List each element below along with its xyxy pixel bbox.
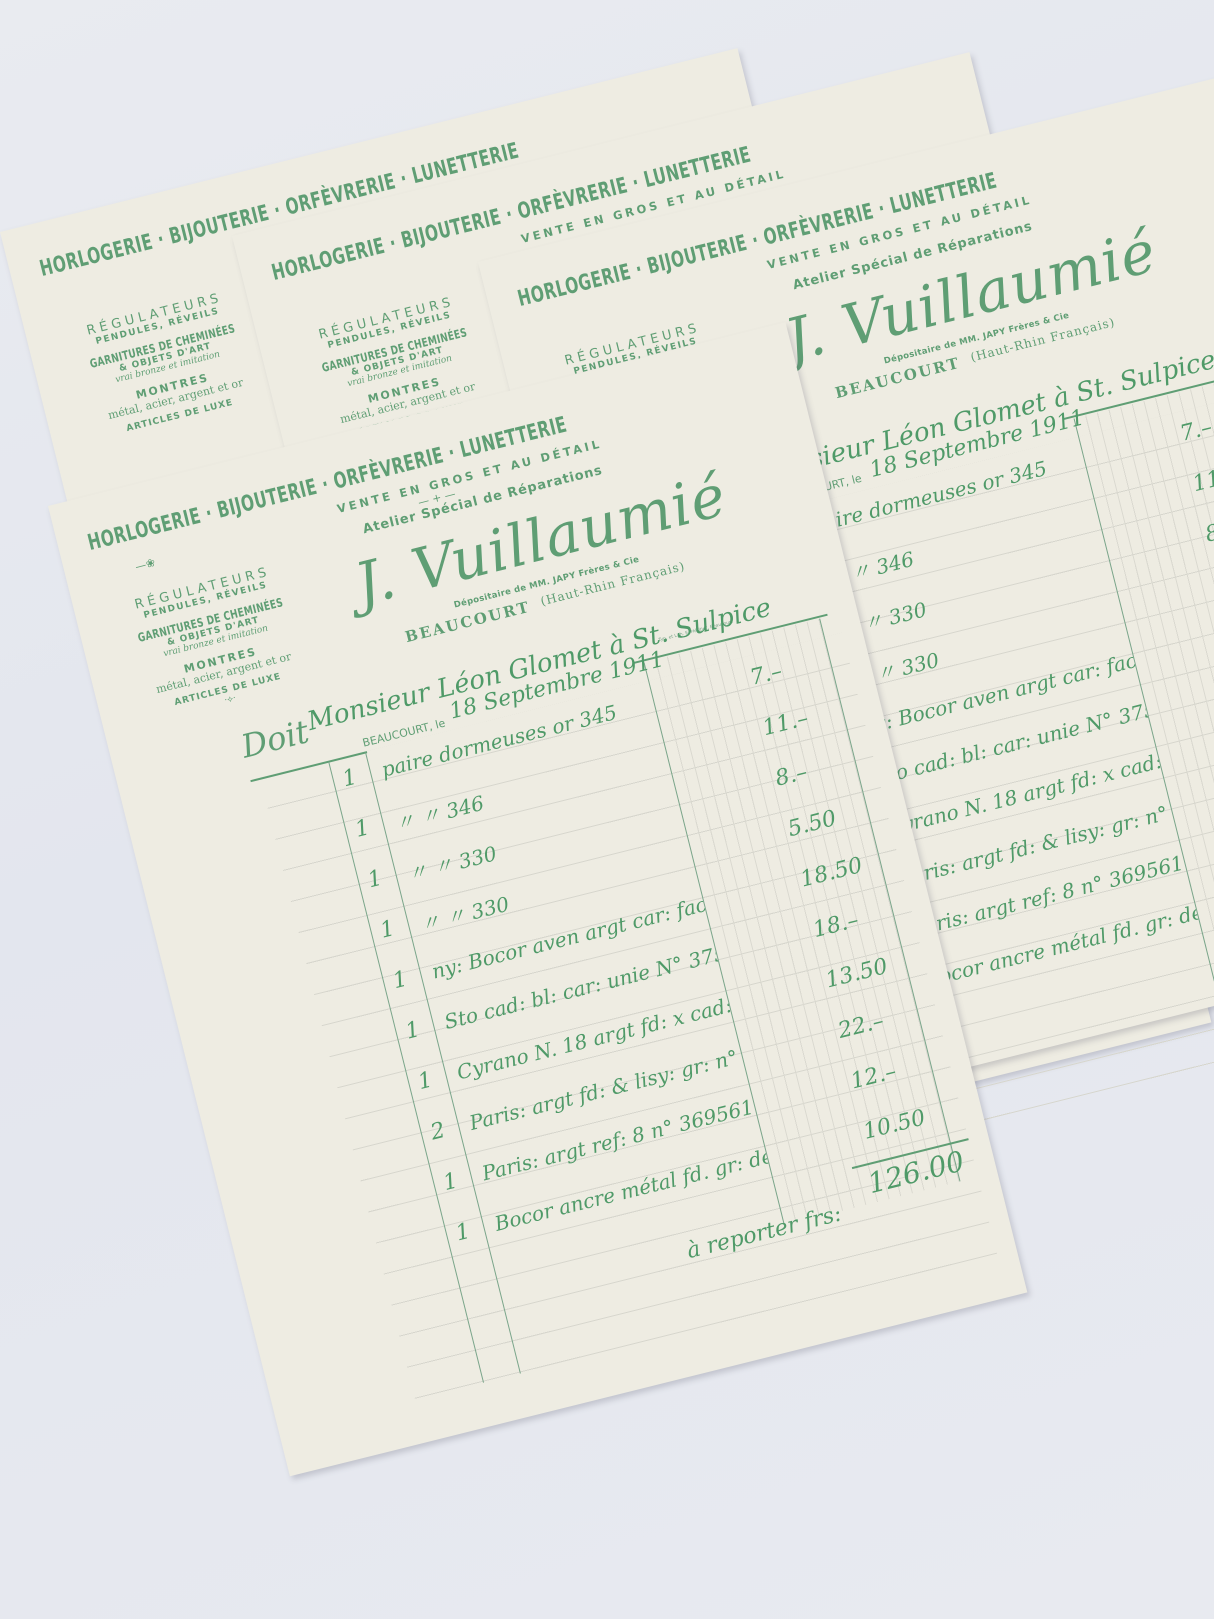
rosette-ornament: —❀ [134,556,157,574]
product-list: RÉGULATEURS PENDULES, RÉVEILS GARNITURES… [94,555,338,731]
doit-label: Doit [238,712,313,765]
